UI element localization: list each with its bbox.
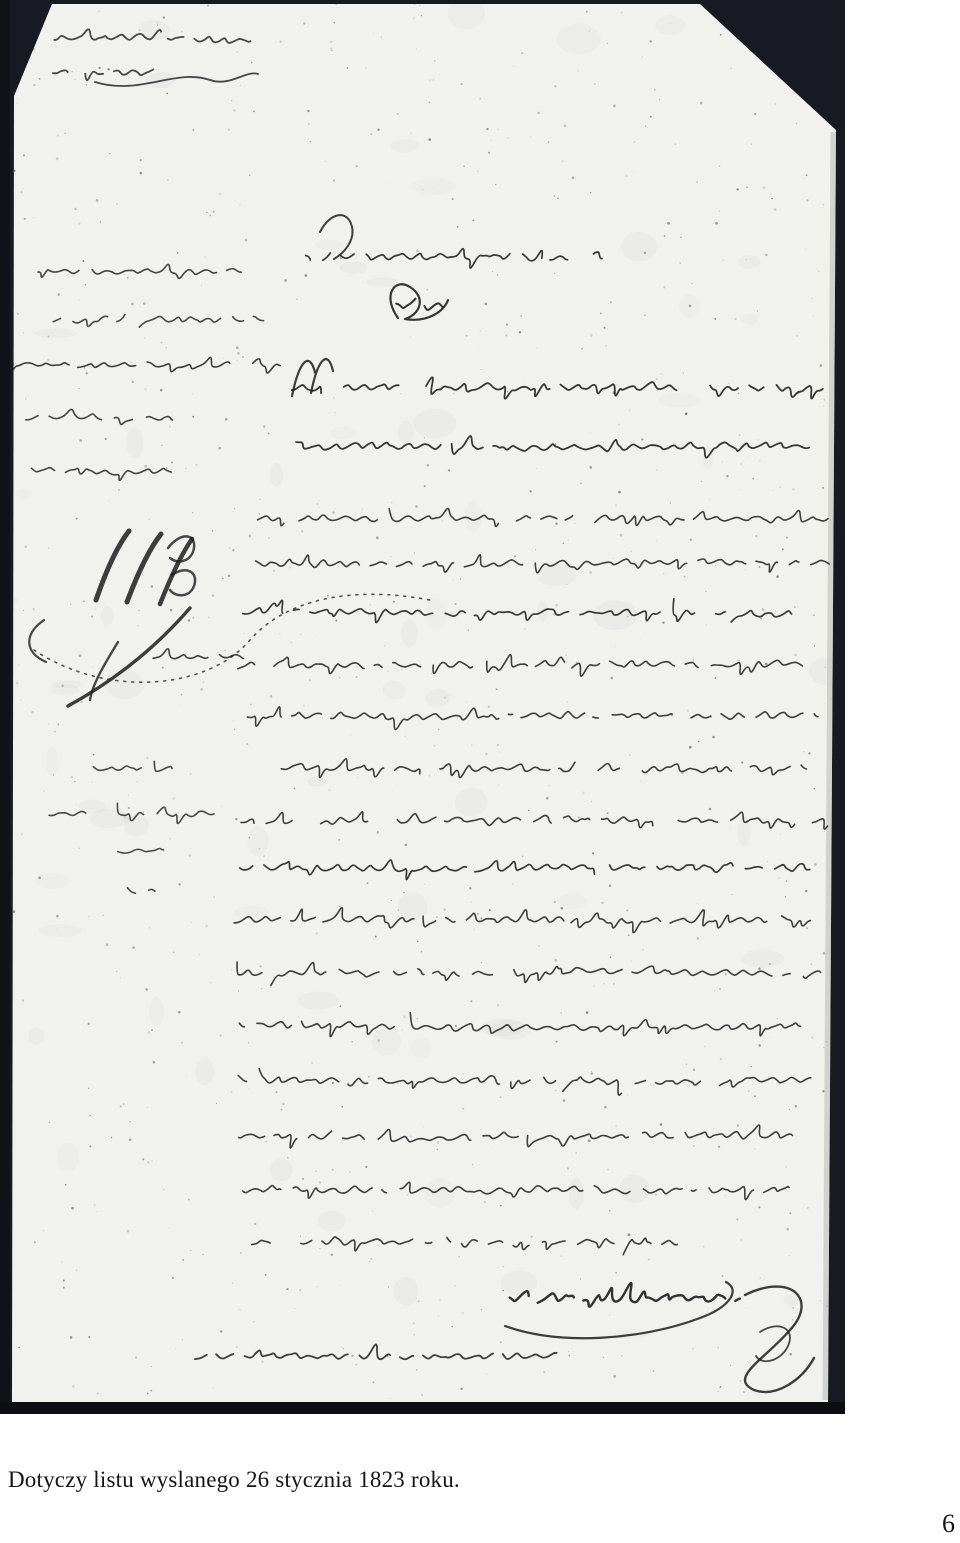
scan-bottom-border [0, 1402, 845, 1414]
letter-scan-svg [0, 0, 845, 1414]
caption-text: Dotyczy listu wyslanego 26 stycznia 1823… [8, 1467, 460, 1493]
scan-left-border [0, 0, 10, 1414]
letter-scan [0, 0, 845, 1414]
page-number: 6 [942, 1509, 955, 1539]
document-page: Dotyczy listu wyslanego 26 stycznia 1823… [0, 0, 960, 1543]
